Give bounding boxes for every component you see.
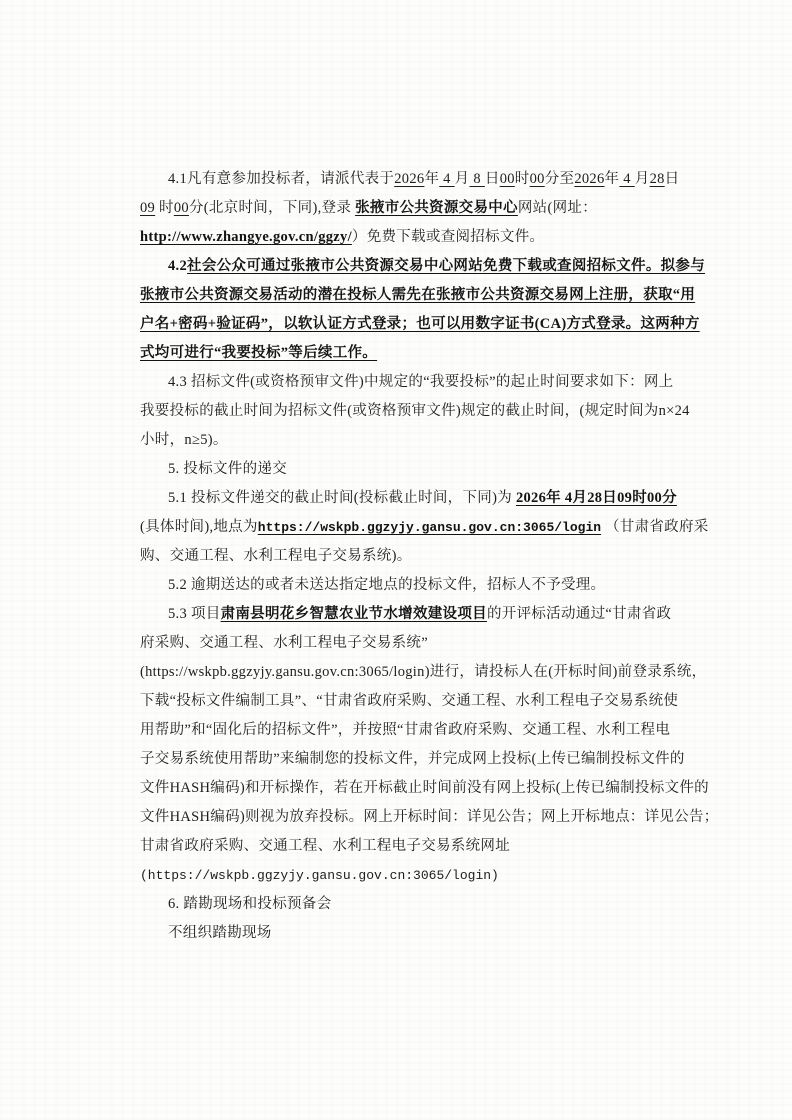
text-run: 日	[485, 171, 500, 187]
text-line: 府采购、交通工程、水利工程电子交易系统”	[140, 629, 674, 658]
text-run: （甘肃省政府采	[601, 519, 709, 535]
text-run: 4.3 招标文件(或资格预审文件)中规定的“我要投标”的起止时间要求如下：网上	[168, 374, 673, 390]
text-run: 年	[424, 171, 439, 187]
text-line: http://www.zhangye.gov.cn/ggzy/）免费下载或查阅招…	[140, 223, 674, 252]
text-run: 文件HASH编码)和开标操作，若在开标截止时间前没有网上投标(上传已编制投标文件…	[140, 780, 709, 796]
text-line: 6. 踏勘现场和投标预备会	[140, 890, 674, 919]
document-body: 4.1凡有意参加投标者，请派代表于2026年 4 月 8 日00时00分至202…	[140, 165, 674, 948]
text-run: 日	[665, 171, 680, 187]
text-run: (具体时间),地点为	[140, 519, 258, 535]
text-run: 5.3 项目	[168, 606, 221, 622]
scanned-document-page: 4.1凡有意参加投标者，请派代表于2026年 4 月 8 日00时00分至202…	[0, 0, 792, 1120]
text-line: 下载“投标文件编制工具”、“甘肃省政府采购、交通工程、水利工程电子交易系统使	[140, 687, 674, 716]
text-run: 5.2 逾期送达的或者未送达指定地点的投标文件，招标人不予受理。	[168, 577, 605, 593]
text-run: 5. 投标文件的递交	[168, 461, 287, 477]
text-run: 00	[500, 171, 515, 187]
url-text: (https://wskpb.ggzyjy.gansu.gov.cn:3065/…	[140, 664, 706, 680]
text-run: 时	[155, 200, 174, 216]
text-run: 的开评标活动通过“甘肃省政	[487, 606, 671, 622]
text-run: 分(北京时间，下同),登录	[189, 200, 355, 216]
text-line: 文件HASH编码)和开标操作，若在开标截止时间前没有网上投标(上传已编制投标文件…	[140, 774, 674, 803]
text-line: 我要投标的截止时间为招标文件(或资格预审文件)规定的截止时间，(规定时间为n×2…	[140, 397, 674, 426]
text-run: 月	[455, 171, 470, 187]
text-run: 月	[635, 171, 650, 187]
text-run: 子交易系统使用帮助”来编制您的投标文件，并完成网上投标(上传已编制投标文件的	[140, 751, 685, 767]
text-run: 8	[469, 171, 484, 187]
text-line: 用帮助”和“固化后的招标文件”，并按照“甘肃省政府采购、交通工程、水利工程电	[140, 716, 674, 745]
text-line: 小时，n≥5)。	[140, 426, 674, 455]
text-line: 张掖市公共资源交易活动的潜在投标人需先在张掖市公共资源交易网上注册，获取“用	[140, 281, 674, 310]
text-line: 文件HASH编码)则视为放弃投标。网上开标时间：详见公告；网上开标地点：详见公告…	[140, 803, 674, 832]
url-text: (https://wskpb.ggzyjy.gansu.gov.cn:3065/…	[140, 868, 499, 883]
text-run: 户名+密码+验证码”，以软认证方式登录；也可以用数字证书(CA)方式登录。这两种…	[140, 316, 700, 332]
text-run: 2026	[394, 171, 424, 187]
text-line: 甘肃省政府采购、交通工程、水利工程电子交易系统网址	[140, 832, 674, 861]
text-run: 2026	[574, 171, 604, 187]
text-line: (https://wskpb.ggzyjy.gansu.gov.cn:3065/…	[140, 658, 674, 687]
text-run: 4.1凡有意参加投标者，请派代表于	[168, 171, 394, 187]
text-line: 不组织踏勘现场	[140, 919, 674, 948]
text-run: 式均可进行“我要投标”等后续工作。	[140, 345, 377, 361]
text-line: 5.3 项目肃南县明花乡智慧农业节水增效建设项目的开评标活动通过“甘肃省政	[140, 600, 674, 629]
text-line: 4.2社会公众可通过张掖市公共资源交易中心网站免费下载或查阅招标文件。拟参与	[140, 252, 674, 281]
text-run: 小时，n≥5)。	[140, 432, 228, 448]
text-run: 张掖市公共资源交易中心	[355, 200, 518, 216]
url-text: https://wskpb.ggzyjy.gansu.gov.cn:3065/l…	[258, 520, 601, 535]
text-run: 4.2	[168, 258, 187, 274]
text-run: 00	[530, 171, 545, 187]
text-run: 用帮助”和“固化后的招标文件”，并按照“甘肃省政府采购、交通工程、水利工程电	[140, 722, 670, 738]
text-run: 分至	[545, 171, 575, 187]
text-run: 2026年 4月28日09时00分	[516, 490, 677, 506]
text-line: (https://wskpb.ggzyjy.gansu.gov.cn:3065/…	[140, 861, 674, 890]
text-run: 社会公众可通过张掖市公共资源交易中心网站免费下载或查阅招标文件。拟参与	[187, 258, 705, 274]
text-run: 6. 踏勘现场和投标预备会	[168, 896, 331, 912]
text-run: 09	[140, 200, 155, 216]
text-line: 4.3 招标文件(或资格预审文件)中规定的“我要投标”的起止时间要求如下：网上	[140, 368, 674, 397]
text-line: 5. 投标文件的递交	[140, 455, 674, 484]
text-run: 时	[515, 171, 530, 187]
text-run: 购、交通工程、水利工程电子交易系统)。	[140, 548, 412, 564]
url-text: http://www.zhangye.gov.cn/ggzy/	[140, 229, 352, 245]
text-line: 5.2 逾期送达的或者未送达指定地点的投标文件，招标人不予受理。	[140, 571, 674, 600]
text-run: 年	[605, 171, 620, 187]
text-run: 文件HASH编码)则视为放弃投标。网上开标时间：详见公告；网上开标地点：详见公告…	[140, 809, 719, 825]
text-run: 甘肃省政府采购、交通工程、水利工程电子交易系统网址	[140, 838, 510, 854]
text-line: 式均可进行“我要投标”等后续工作。	[140, 339, 674, 368]
text-line: 4.1凡有意参加投标者，请派代表于2026年 4 月 8 日00时00分至202…	[140, 165, 674, 194]
text-line: 子交易系统使用帮助”来编制您的投标文件，并完成网上投标(上传已编制投标文件的	[140, 745, 674, 774]
text-run: 不组织踏勘现场	[168, 925, 272, 941]
text-line: 5.1 投标文件递交的截止时间(投标截止时间，下同)为 2026年 4月28日0…	[140, 484, 674, 513]
text-run: 28	[650, 171, 665, 187]
text-run: 张掖市公共资源交易活动的潜在投标人需先在张掖市公共资源交易网上注册，获取“用	[140, 287, 695, 303]
text-run: 5.1 投标文件递交的截止时间(投标截止时间，下同)为	[168, 490, 516, 506]
text-run: 00	[174, 200, 189, 216]
text-line: 购、交通工程、水利工程电子交易系统)。	[140, 542, 674, 571]
text-run: 4	[619, 171, 634, 187]
text-run: 下载“投标文件编制工具”、“甘肃省政府采购、交通工程、水利工程电子交易系统使	[140, 693, 678, 709]
text-run: 府采购、交通工程、水利工程电子交易系统”	[140, 635, 428, 651]
text-line: (具体时间),地点为https://wskpb.ggzyjy.gansu.gov…	[140, 513, 674, 542]
text-run: ）免费下载或查阅招标文件。	[352, 229, 544, 245]
text-run: 4	[439, 171, 454, 187]
text-line: 09 时00分(北京时间，下同),登录 张掖市公共资源交易中心网站(网址：	[140, 194, 674, 223]
text-run: 肃南县明花乡智慧农业节水增效建设项目	[221, 606, 487, 622]
text-line: 户名+密码+验证码”，以软认证方式登录；也可以用数字证书(CA)方式登录。这两种…	[140, 310, 674, 339]
text-run: 网站(网址：	[518, 200, 597, 216]
text-run: 我要投标的截止时间为招标文件(或资格预审文件)规定的截止时间，(规定时间为n×2…	[140, 403, 690, 419]
